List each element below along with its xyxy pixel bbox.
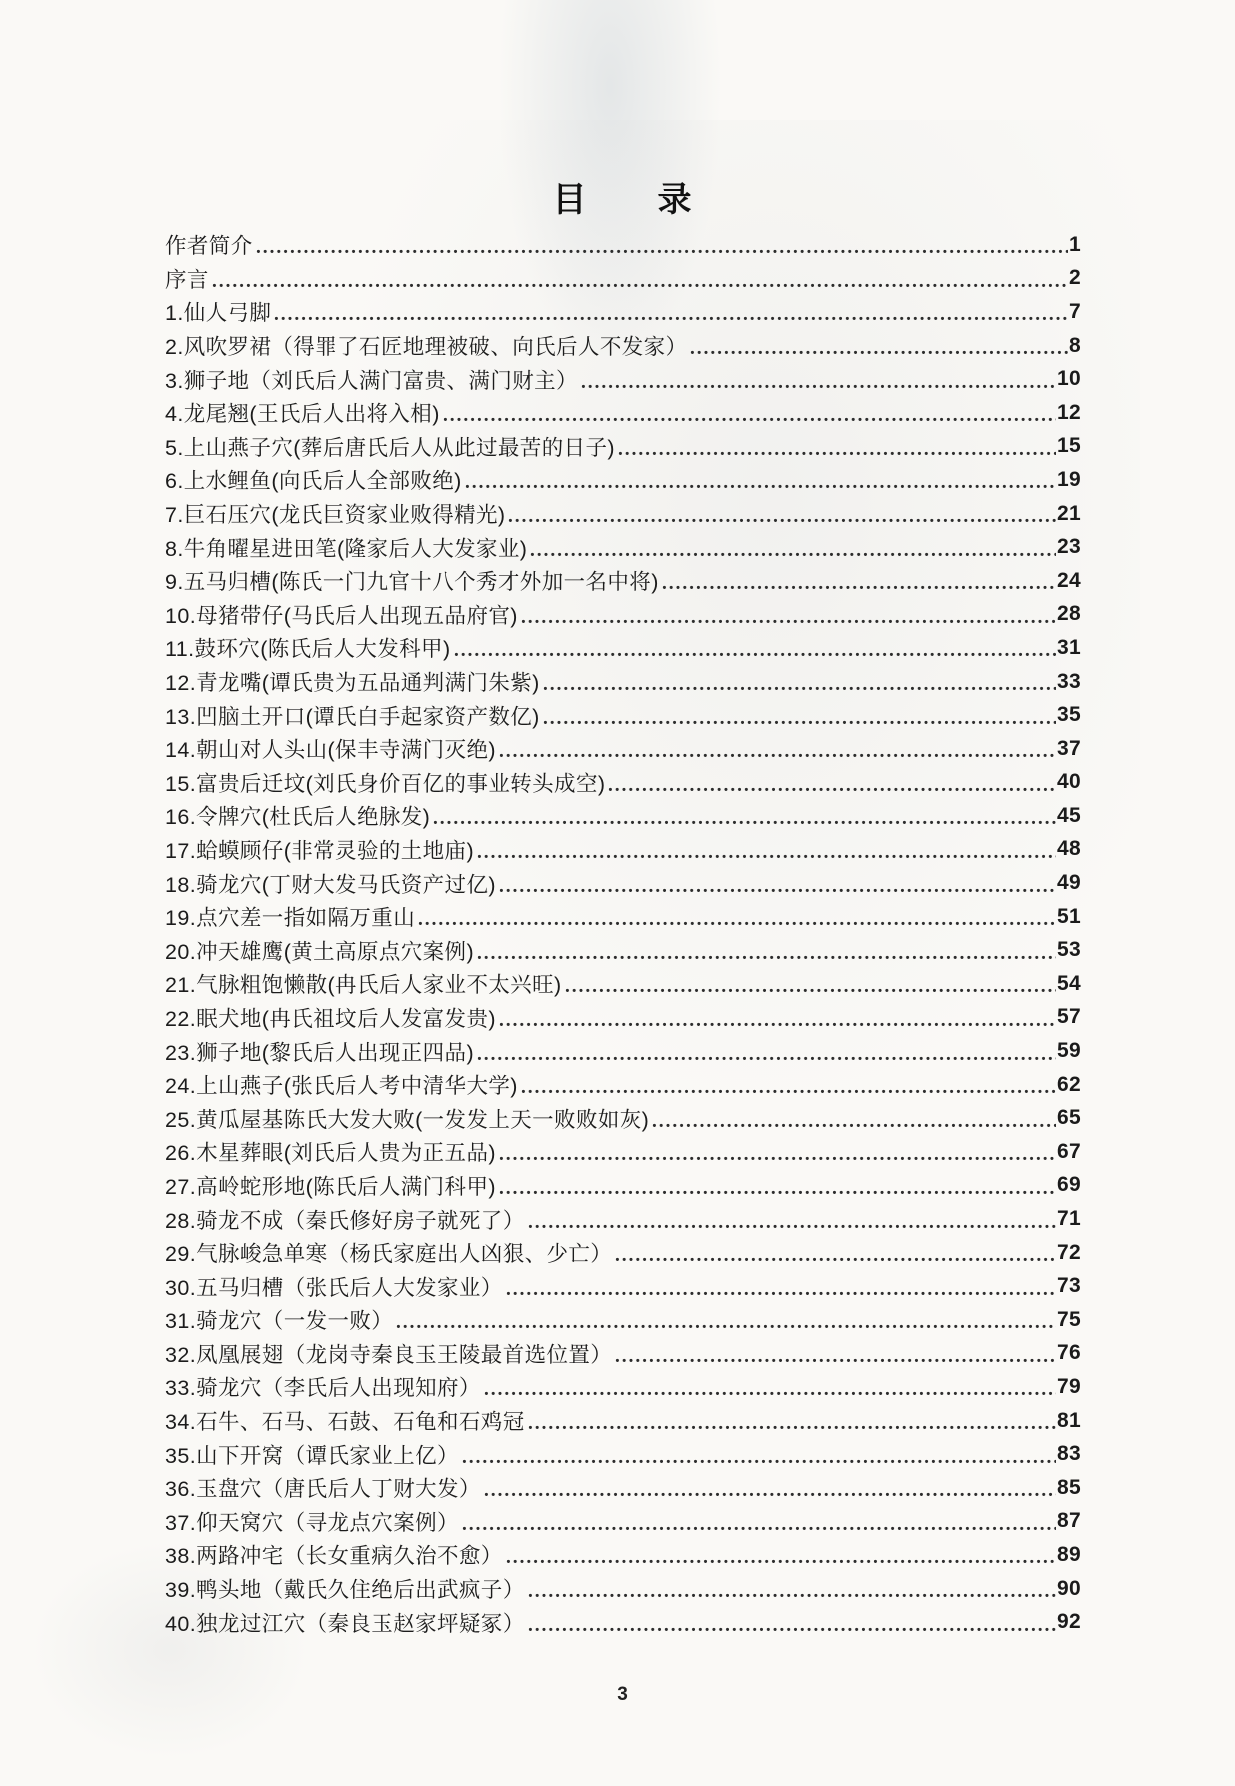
toc-entry-label: 24.上山燕子(张氏后人考中清华大学) — [165, 1069, 521, 1100]
dot-leader — [662, 585, 1056, 590]
toc-entry-label: 33.骑龙穴（李氏后人出现知府） — [165, 1371, 484, 1402]
dot-leader — [462, 1459, 1056, 1464]
toc-entry-label: 37.仰天窝穴（寻龙点穴案例） — [165, 1506, 462, 1537]
toc-entry: 21.气脉粗饱懒散(冉氏后人家业不太兴旺) 54 — [165, 967, 1081, 1001]
dot-leader — [530, 552, 1056, 557]
dot-leader — [462, 1526, 1056, 1531]
toc-entry-label: 9.五马归槽(陈氏一门九官十八个秀才外加一名中将) — [165, 565, 662, 596]
toc-entry-label: 序言 — [165, 263, 212, 294]
toc-entry: 3.狮子地（刘氏后人满门富贵、满门财主） 10 — [165, 362, 1081, 396]
toc-entry-page: 81 — [1057, 1409, 1081, 1433]
toc-entry: 9.五马归槽(陈氏一门九官十八个秀才外加一名中将) 24 — [165, 564, 1081, 598]
toc-entry: 36.玉盘穴（唐氏后人丁财大发） 85 — [165, 1471, 1081, 1505]
toc-entry-page: 73 — [1057, 1274, 1081, 1298]
table-of-contents: 作者简介 1 序言 2 1.仙人弓脚 7 2.风吹罗裙（得罪了石匠地理被破、向氏… — [165, 228, 1081, 1639]
toc-entry-label: 16.令牌穴(杜氏后人绝脉发) — [165, 800, 433, 831]
toc-entry-page: 1 — [1069, 233, 1081, 257]
toc-entry: 23.狮子地(黎氏后人出现正四品) 59 — [165, 1034, 1081, 1068]
toc-entry: 31.骑龙穴（一发一败） 75 — [165, 1303, 1081, 1337]
dot-leader — [506, 1291, 1056, 1296]
toc-entry: 10.母猪带仔(马氏后人出现五品府官) 28 — [165, 598, 1081, 632]
toc-entry-page: 37 — [1057, 737, 1081, 761]
toc-entry-page: 65 — [1057, 1106, 1081, 1130]
toc-entry-page: 10 — [1057, 367, 1081, 391]
toc-entry: 32.凤凰展翅（龙岗寺秦良玉王陵最首选位置） 76 — [165, 1337, 1081, 1371]
toc-entry-label: 1.仙人弓脚 — [165, 296, 274, 327]
toc-entry-label: 14.朝山对人头山(保丰寺满门灭绝) — [165, 733, 499, 764]
dot-leader — [443, 417, 1056, 422]
toc-entry-label: 4.龙尾翘(王氏后人出将入相) — [165, 397, 443, 428]
page-number-footer: 3 — [165, 1684, 1080, 1706]
toc-entry: 8.牛角曜星进田笔(隆家后人大发家业) 23 — [165, 530, 1081, 564]
toc-entry-page: 59 — [1057, 1039, 1081, 1063]
toc-entry: 27.高岭蛇形地(陈氏后人满门科甲) 69 — [165, 1169, 1081, 1203]
dot-leader — [565, 988, 1056, 993]
toc-entry-label: 40.独龙过江穴（秦良玉赵家坪疑冢） — [165, 1607, 528, 1638]
toc-entry: 24.上山燕子(张氏后人考中清华大学) 62 — [165, 1068, 1081, 1102]
toc-entry: 30.五马归槽（张氏后人大发家业） 73 — [165, 1269, 1081, 1303]
toc-entry-label: 7.巨石压穴(龙氏巨资家业败得精光) — [165, 498, 508, 529]
toc-entry-label: 15.富贵后迁坟(刘氏身价百亿的事业转头成空) — [165, 767, 608, 798]
toc-entry: 25.黄瓜屋基陈氏大发大败(一发发上天一败败如灰) 65 — [165, 1101, 1081, 1135]
toc-entry-label: 29.气脉峻急单寒（杨氏家庭出人凶狠、少亡） — [165, 1237, 615, 1268]
dot-leader — [418, 921, 1056, 926]
toc-entry: 37.仰天窝穴（寻龙点穴案例） 87 — [165, 1505, 1081, 1539]
toc-entry-label: 作者简介 — [165, 229, 256, 260]
dot-leader — [521, 1089, 1056, 1094]
toc-entry: 28.骑龙不成（秦氏修好房子就死了） 71 — [165, 1202, 1081, 1236]
dot-leader — [543, 686, 1056, 691]
toc-entry-page: 69 — [1057, 1173, 1081, 1197]
toc-entry-page: 72 — [1057, 1241, 1081, 1265]
dot-leader — [477, 1056, 1056, 1061]
dot-leader — [528, 1593, 1056, 1598]
toc-entry-label: 13.凹脑土开口(谭氏白手起家资产数亿) — [165, 700, 543, 731]
toc-entry-label: 3.狮子地（刘氏后人满门富贵、满门财主） — [165, 364, 581, 395]
toc-entry-label: 8.牛角曜星进田笔(隆家后人大发家业) — [165, 532, 530, 563]
dot-leader — [477, 854, 1056, 859]
toc-entry: 作者简介 1 — [165, 228, 1081, 262]
toc-entry-label: 39.鸭头地（戴氏久住绝后出武疯子） — [165, 1573, 528, 1604]
toc-entry-label: 10.母猪带仔(马氏后人出现五品府官) — [165, 599, 521, 630]
toc-entry-page: 19 — [1057, 468, 1081, 492]
toc-entry-page: 23 — [1057, 535, 1081, 559]
toc-entry-page: 8 — [1069, 334, 1081, 358]
dot-leader — [256, 249, 1068, 254]
toc-entry: 7.巨石压穴(龙氏巨资家业败得精光) 21 — [165, 497, 1081, 531]
toc-entry-page: 79 — [1057, 1375, 1081, 1399]
toc-entry: 20.冲天雄鹰(黄土高原点穴案例) 53 — [165, 933, 1081, 967]
toc-entry-label: 27.高岭蛇形地(陈氏后人满门科甲) — [165, 1170, 499, 1201]
toc-entry: 22.眠犬地(冉氏祖坟后人发富发贵) 57 — [165, 1001, 1081, 1035]
toc-entry-label: 34.石牛、石马、石鼓、石龟和石鸡冠 — [165, 1405, 528, 1436]
dot-leader — [615, 1257, 1056, 1262]
toc-entry-page: 83 — [1057, 1442, 1081, 1466]
toc-entry-label: 5.上山燕子穴(葬后唐氏后人从此过最苦的日子) — [165, 431, 618, 462]
toc-entry-page: 54 — [1057, 972, 1081, 996]
toc-entry-label: 12.青龙嘴(谭氏贵为五品通判满门朱紫) — [165, 666, 543, 697]
toc-entry-label: 38.两路冲宅（长女重病久治不愈） — [165, 1539, 506, 1570]
toc-entry-page: 49 — [1057, 871, 1081, 895]
toc-entry-page: 90 — [1057, 1577, 1081, 1601]
toc-entry-page: 15 — [1057, 434, 1081, 458]
toc-entry-page: 45 — [1057, 804, 1081, 828]
dot-leader — [274, 316, 1068, 321]
toc-entry: 14.朝山对人头山(保丰寺满门灭绝) 37 — [165, 732, 1081, 766]
toc-entry-page: 71 — [1057, 1207, 1081, 1231]
dot-leader — [543, 720, 1056, 725]
dot-leader — [484, 1492, 1056, 1497]
toc-entry-label: 25.黄瓜屋基陈氏大发大败(一发发上天一败败如灰) — [165, 1103, 652, 1134]
dot-leader — [581, 384, 1056, 389]
toc-entry: 15.富贵后迁坟(刘氏身价百亿的事业转头成空) 40 — [165, 766, 1081, 800]
toc-entry-page: 28 — [1057, 602, 1081, 626]
toc-entry-page: 21 — [1057, 502, 1081, 526]
dot-leader — [528, 1224, 1056, 1229]
toc-entry: 18.骑龙穴(丁财大发马氏资产过亿) 49 — [165, 866, 1081, 900]
toc-entry-page: 48 — [1057, 837, 1081, 861]
toc-entry-label: 6.上水鲤鱼(向氏后人全部败绝) — [165, 464, 465, 495]
dot-leader — [212, 283, 1068, 288]
dot-leader — [521, 619, 1056, 624]
toc-entry-label: 30.五马归槽（张氏后人大发家业） — [165, 1271, 506, 1302]
toc-entry-page: 33 — [1057, 670, 1081, 694]
dot-leader — [499, 1156, 1056, 1161]
toc-entry: 6.上水鲤鱼(向氏后人全部败绝) 19 — [165, 463, 1081, 497]
dot-leader — [506, 1559, 1056, 1564]
toc-entry-page: 24 — [1057, 569, 1081, 593]
toc-entry-label: 18.骑龙穴(丁财大发马氏资产过亿) — [165, 868, 499, 899]
dot-leader — [690, 350, 1068, 355]
dot-leader — [652, 1123, 1056, 1128]
toc-entry-page: 85 — [1057, 1476, 1081, 1500]
dot-leader — [465, 484, 1056, 489]
dot-leader — [454, 652, 1057, 657]
toc-entry: 35.山下开窝（谭氏家业上亿） 83 — [165, 1437, 1081, 1471]
toc-entry: 40.独龙过江穴（秦良玉赵家坪疑冢） 92 — [165, 1605, 1081, 1639]
scanned-document-page: 目 录 作者简介 1 序言 2 1.仙人弓脚 7 2.风吹罗裙（得罪了石匠地理被… — [0, 0, 1235, 1786]
toc-entry-page: 31 — [1057, 636, 1081, 660]
toc-entry: 2.风吹罗裙（得罪了石匠地理被破、向氏后人不发家） 8 — [165, 329, 1081, 363]
toc-entry-page: 2 — [1069, 266, 1081, 290]
toc-entry-label: 23.狮子地(黎氏后人出现正四品) — [165, 1036, 477, 1067]
dot-leader — [433, 820, 1056, 825]
toc-entry-page: 76 — [1057, 1341, 1081, 1365]
toc-entry-label: 17.蛤蟆顾仔(非常灵验的土地庙) — [165, 834, 477, 865]
dot-leader — [499, 1190, 1056, 1195]
dot-leader — [508, 518, 1056, 523]
dot-leader — [484, 1391, 1056, 1396]
toc-entry-label: 21.气脉粗饱懒散(冉氏后人家业不太兴旺) — [165, 968, 565, 999]
dot-leader — [528, 1627, 1056, 1632]
toc-entry: 34.石牛、石马、石鼓、石龟和石鸡冠 81 — [165, 1404, 1081, 1438]
toc-entry: 5.上山燕子穴(葬后唐氏后人从此过最苦的日子) 15 — [165, 430, 1081, 464]
dot-leader — [499, 1022, 1056, 1027]
toc-entry-page: 40 — [1057, 770, 1081, 794]
toc-entry: 33.骑龙穴（李氏后人出现知府） 79 — [165, 1370, 1081, 1404]
toc-entry-page: 35 — [1057, 703, 1081, 727]
toc-entry: 29.气脉峻急单寒（杨氏家庭出人凶狠、少亡） 72 — [165, 1236, 1081, 1270]
toc-entry: 4.龙尾翘(王氏后人出将入相) 12 — [165, 396, 1081, 430]
dot-leader — [499, 753, 1056, 758]
toc-entry-page: 75 — [1057, 1308, 1081, 1332]
toc-entry-label: 31.骑龙穴（一发一败） — [165, 1304, 396, 1335]
toc-entry-label: 2.风吹罗裙（得罪了石匠地理被破、向氏后人不发家） — [165, 330, 690, 361]
toc-entry-label: 35.山下开窝（谭氏家业上亿） — [165, 1439, 462, 1470]
dot-leader — [608, 787, 1056, 792]
dot-leader — [618, 451, 1056, 456]
toc-entry-page: 53 — [1057, 938, 1081, 962]
toc-entry-label: 11.鼓环穴(陈氏后人大发科甲) — [165, 632, 454, 663]
dot-leader — [396, 1324, 1056, 1329]
toc-entry-page: 87 — [1057, 1509, 1081, 1533]
toc-entry-label: 26.木星葬眼(刘氏后人贵为正五品) — [165, 1136, 499, 1167]
toc-entry: 序言 2 — [165, 262, 1081, 296]
toc-entry-page: 12 — [1057, 401, 1081, 425]
dot-leader — [499, 888, 1056, 893]
toc-entry: 17.蛤蟆顾仔(非常灵验的土地庙) 48 — [165, 833, 1081, 867]
toc-entry-label: 22.眠犬地(冉氏祖坟后人发富发贵) — [165, 1002, 499, 1033]
toc-entry-page: 51 — [1057, 905, 1081, 929]
toc-entry-page: 67 — [1057, 1140, 1081, 1164]
toc-entry-page: 7 — [1069, 300, 1081, 324]
toc-entry-page: 57 — [1057, 1005, 1081, 1029]
dot-leader — [528, 1425, 1056, 1430]
toc-entry: 16.令牌穴(杜氏后人绝脉发) 45 — [165, 799, 1081, 833]
dot-leader — [615, 1358, 1056, 1363]
toc-entry-label: 28.骑龙不成（秦氏修好房子就死了） — [165, 1204, 528, 1235]
toc-entry: 26.木星葬眼(刘氏后人贵为正五品) 67 — [165, 1135, 1081, 1169]
toc-entry: 11.鼓环穴(陈氏后人大发科甲) 31 — [165, 631, 1081, 665]
toc-entry: 12.青龙嘴(谭氏贵为五品通判满门朱紫) 33 — [165, 665, 1081, 699]
page-title: 目 录 — [165, 172, 1080, 221]
toc-entry-page: 89 — [1057, 1543, 1081, 1567]
toc-entry: 39.鸭头地（戴氏久住绝后出武疯子） 90 — [165, 1572, 1081, 1606]
toc-entry: 38.两路冲宅（长女重病久治不愈） 89 — [165, 1538, 1081, 1572]
toc-entry-page: 62 — [1057, 1073, 1081, 1097]
dot-leader — [477, 955, 1056, 960]
toc-entry: 1.仙人弓脚 7 — [165, 295, 1081, 329]
toc-entry: 13.凹脑土开口(谭氏白手起家资产数亿) 35 — [165, 698, 1081, 732]
toc-entry-label: 19.点穴差一指如隔万重山 — [165, 901, 418, 932]
toc-entry-page: 92 — [1057, 1610, 1081, 1634]
toc-entry-label: 20.冲天雄鹰(黄土高原点穴案例) — [165, 935, 477, 966]
toc-entry: 19.点穴差一指如隔万重山 51 — [165, 900, 1081, 934]
toc-entry-label: 32.凤凰展翅（龙岗寺秦良玉王陵最首选位置） — [165, 1338, 615, 1369]
toc-entry-label: 36.玉盘穴（唐氏后人丁财大发） — [165, 1472, 484, 1503]
